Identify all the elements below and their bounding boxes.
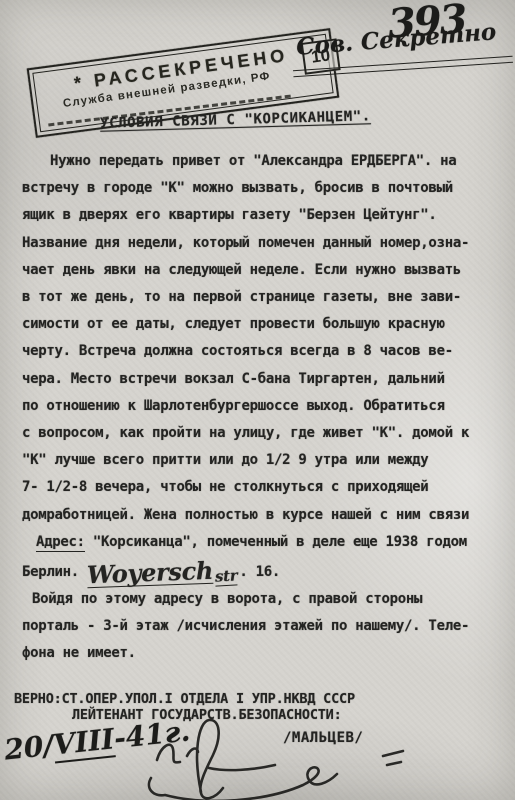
paragraph-apartment-directions: Войдя по этому адресу в ворота, с правой…	[22, 586, 504, 668]
typed-text-line: фона не имеет.	[22, 640, 504, 667]
typed-text-line: порталь - 3-й этаж /исчисления этажей по…	[22, 613, 504, 640]
typed-text-line: "К" лучше всего притти или до 1/2 9 утра…	[22, 447, 504, 474]
typed-text-line: Название дня недели, который помечен дан…	[22, 230, 504, 257]
address-label: Адрес:	[36, 534, 85, 552]
date-day-month: 20/	[3, 729, 55, 767]
handwritten-signature	[135, 708, 415, 800]
typed-text-line: ящик в дверях его квартиры газету "Берзе…	[22, 202, 504, 229]
address-city: Берлин.	[22, 559, 79, 586]
typed-text-line: черту. Встреча должна состояться всегда …	[22, 338, 504, 365]
typed-text-line: встречу в городе "К" можно вызвать, брос…	[22, 175, 504, 202]
certification-line1: ВЕРНО:СТ.ОПЕР.УПОЛ.I ОТДЕЛА I УПР.НКВД С…	[14, 692, 355, 708]
typed-text-line: в тот же день, то на первой странице газ…	[22, 284, 504, 311]
typed-text-line: с вопросом, как пройти на улицу, где жив…	[22, 420, 504, 447]
typed-text-line: Войдя по этому адресу в ворота, с правой…	[22, 586, 504, 613]
handwritten-street-abbr: str	[214, 566, 237, 586]
address-house-number: . 16.	[239, 559, 280, 586]
document-body: Нужно передать привет от "Александра ЕРД…	[22, 148, 504, 668]
document-page: * РАССЕКРЕЧЕНО Служба внешней разведки, …	[0, 0, 515, 800]
typed-text-line: симости от ее даты, следует провести бол…	[22, 311, 504, 338]
typed-text-line: Нужно передать привет от "Александра ЕРД…	[22, 148, 504, 175]
signer-name: /МАЛЬЦЕВ/	[283, 730, 363, 746]
address-line: Адрес: "Корсиканца", помеченный в деле е…	[22, 529, 504, 556]
handwritten-street-name: Woyersch	[87, 559, 214, 588]
typed-text-line: 7- 1/2-8 вечера, чтобы не столкнуться с …	[22, 474, 504, 501]
address-rest: "Корсиканца", помеченный в деле еще 1938…	[85, 534, 467, 550]
typed-text-line: домработницей. Жена полностью в курсе на…	[22, 502, 504, 529]
date-roman-month: VIII	[52, 722, 116, 763]
paragraph-contact-conditions: Нужно передать привет от "Александра ЕРД…	[22, 148, 504, 529]
typed-text-line: чает день явки на следующей неделе. Если…	[22, 257, 504, 284]
typed-text-line: чера. Место встречи вокзал С-бана Тиргар…	[22, 366, 504, 393]
typed-text-line: по отношению к Шарлотенбургершоссе выход…	[22, 393, 504, 420]
address-street-line: Берлин. Woyersch str . 16.	[22, 556, 504, 586]
